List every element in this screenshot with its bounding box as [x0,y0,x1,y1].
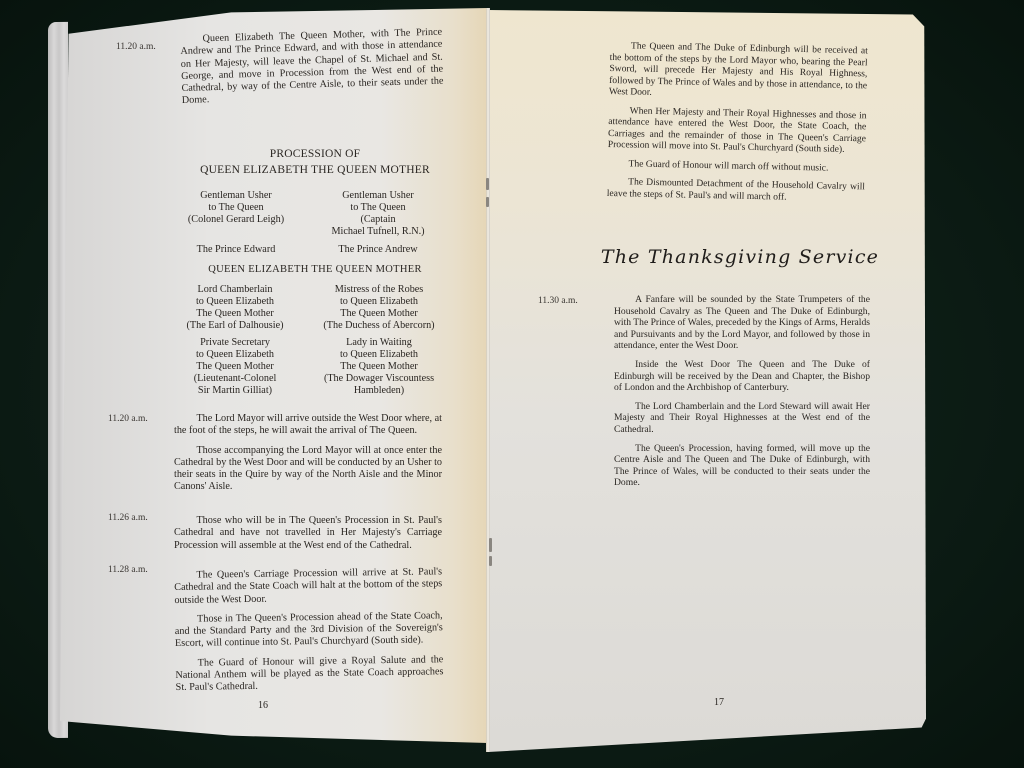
entry-text: Those who will be in The Queen's Process… [174,515,442,559]
staple-bottom [489,538,492,552]
procession-left-col: The Prince Edward [176,244,296,256]
entry-text: A Fanfare will be sounded by the State T… [614,294,870,496]
procession-heading-line2: QUEEN ELIZABETH THE QUEEN MOTHER [180,162,450,178]
section-title: The Thanksgiving Service [600,246,880,268]
paragraph: Those accompanying the Lord Mayor will a… [174,445,442,494]
staple-top [486,178,489,190]
staple-bottom-2 [489,556,492,566]
entry-time: 11.30 a.m. [538,296,578,306]
entry-time: 11.28 a.m. [108,565,148,575]
procession-left-col: Private Secretary to Queen Elizabeth The… [170,337,300,397]
paragraph: When Her Majesty and Their Royal Highnes… [608,104,867,155]
procession-left-col: Gentleman Usher to The Queen (Colonel Ge… [176,190,296,226]
paragraph: The Lord Mayor will arrive outside the W… [174,413,442,438]
book-spine-gutter [486,8,490,752]
paragraph: The Guard of Honour will give a Royal Sa… [175,654,443,695]
paragraph: The Guard of Honour will march off witho… [607,157,865,174]
paragraph: The Queen's Carriage Procession will arr… [174,566,442,607]
paragraph: The Queen's Procession, having formed, w… [614,443,870,489]
procession-center-line: QUEEN ELIZABETH THE QUEEN MOTHER [180,264,450,275]
entry-text: The Queen's Carriage Procession will arr… [174,566,444,701]
procession-heading-line1: PROCESSION OF [180,146,450,162]
procession-right-col: Gentleman Usher to The Queen (Captain Mi… [316,190,440,238]
entry-text: Queen Elizabeth The Queen Mother, with T… [180,27,444,115]
paragraph: A Fanfare will be sounded by the State T… [614,294,870,352]
paragraph: Those in The Queen's Procession ahead of… [175,610,443,651]
paragraph: Inside the West Door The Queen and The D… [614,359,870,394]
paragraph: Queen Elizabeth The Queen Mother, with T… [180,27,444,108]
procession-right-col: Mistress of the Robes to Queen Elizabeth… [314,284,444,332]
staple-top-2 [486,197,489,207]
procession-left-col: Lord Chamberlain to Queen Elizabeth The … [170,284,300,332]
entry-time: 11.20 a.m. [116,42,156,52]
procession-heading: PROCESSION OF QUEEN ELIZABETH THE QUEEN … [180,146,450,178]
paragraph: The Lord Chamberlain and the Lord Stewar… [614,401,870,436]
paragraph: The Queen and The Duke of Edinburgh will… [609,40,868,103]
paragraph: Those who will be in The Queen's Process… [174,515,442,552]
procession-right-col: The Prince Andrew [316,244,440,256]
paragraph: The Dismounted Detachment of the Househo… [607,176,865,204]
page-number-right: 17 [714,697,724,708]
entry-time: 11.20 a.m. [108,414,148,424]
entry-text: The Lord Mayor will arrive outside the W… [174,413,442,501]
entry-time: 11.26 a.m. [108,513,148,523]
page-number-left: 16 [258,700,268,711]
procession-right-col: Lady in Waiting to Queen Elizabeth The Q… [310,337,448,397]
right-opening-text: The Queen and The Duke of Edinburgh will… [607,40,868,211]
